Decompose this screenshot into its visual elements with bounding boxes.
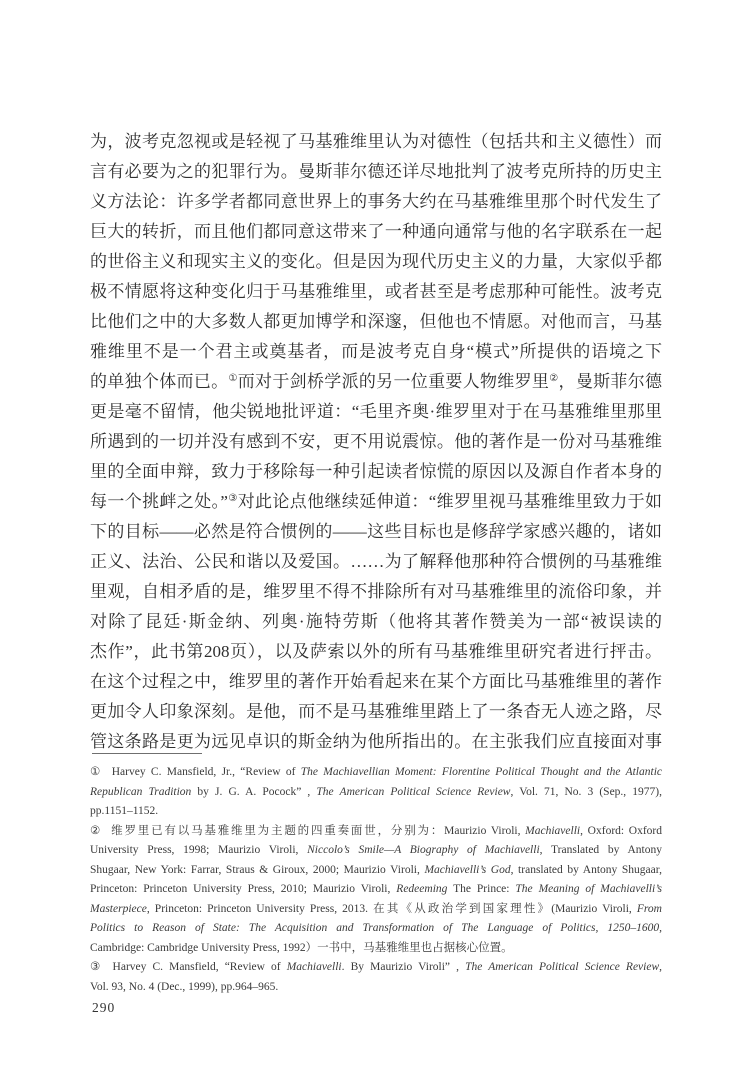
footnote-text: . By Maurizio Viroli” , <box>342 961 465 973</box>
citation-title: Niccolo’s Smile—A Biography of Machiavel… <box>307 844 540 856</box>
footnote-text: , Princeton: Princeton University Press,… <box>147 903 637 915</box>
footnote-text: 维罗里已有以马基雅维里为主题的四重奏面世，分别为：Maurizio Viroli… <box>111 825 525 837</box>
citation-title: The American Political Science Review <box>465 961 659 973</box>
citation-title: Machiavelli <box>525 825 580 837</box>
text-line: 里观，自相矛盾的是，维罗里不得不排除所有对马基雅维里的流俗印象，并 <box>90 577 662 607</box>
text-line: 极不情愿将这种变化归于马基雅维里，或者甚至是考虑那种可能性。波考克 <box>90 277 662 307</box>
footnote-line: Shugaar, New York: Farrar, Straus & Giro… <box>90 861 662 881</box>
footnote-line: Cambridge: Cambridge University Press, 1… <box>90 939 662 959</box>
text-line: 为，波考克忽视或是轻视了马基雅维里认为对德性（包括共和主义德性）而 <box>90 127 662 157</box>
footnote-text: , Translated by Antony <box>540 844 662 856</box>
footnote-text: , translated by Antony Shugaar, <box>511 864 662 876</box>
footnote-text: Vol. 93, No. 4 (Dec., 1999), pp.964–965. <box>90 981 278 993</box>
footnote-text: , Oxford: Oxford <box>580 825 662 837</box>
footnote-marker: ① <box>90 766 103 778</box>
citation-title: Republican Tradition <box>90 786 191 798</box>
citation-title: Machiavelli <box>287 961 342 973</box>
citation-title: The American Political Science Review <box>316 786 510 798</box>
citation-title: Machiavelli’s God <box>424 864 510 876</box>
text-line: 巨大的转折，而且他们都同意这带来了一种通向通常与他的名字联系在一起 <box>90 217 662 247</box>
citation-title: The Meaning of Machiavelli’s <box>515 883 662 895</box>
footnote-line: University Press, 1998; Maurizio Viroli,… <box>90 841 662 861</box>
text-line: 对除了昆廷·斯金纳、列奥·施特劳斯（他将其著作赞美为一部“被误读的 <box>90 607 662 637</box>
text-line: 杰作”，此书第208页），以及萨索以外的所有马基雅维里研究者进行抨击。 <box>90 637 662 667</box>
footnote-ref: ① <box>228 373 237 384</box>
text-line: 的单独个体而已。①而对于剑桥学派的另一位重要人物维罗里②，曼斯菲尔德 <box>90 367 662 397</box>
footnote-line: Princeton: Princeton University Press, 2… <box>90 880 662 900</box>
main-text-block: 为，波考克忽视或是轻视了马基雅维里认为对德性（包括共和主义德性）而言有必要为之的… <box>90 127 662 757</box>
footnote-separator <box>92 753 202 754</box>
footnote-line: ①Harvey C. Mansfield, Jr., “Review of Th… <box>90 763 662 783</box>
text-line: 下的目标——必然是符合惯例的——这些目标也是修辞学家感兴趣的，诸如 <box>90 517 662 547</box>
footnote-line: pp.1151–1152. <box>90 802 662 822</box>
text-line: 言有必要为之的犯罪行为。曼斯菲尔德还详尽地批判了波考克所持的历史主 <box>90 157 662 187</box>
footnote-marker: ② <box>90 825 102 837</box>
footnote-line: Masterpiece, Princeton: Princeton Univer… <box>90 900 662 920</box>
footnote-line: ②维罗里已有以马基雅维里为主题的四重奏面世，分别为：Maurizio Virol… <box>90 822 662 842</box>
footnote-text: Harvey C. Mansfield, Jr., “Review of <box>112 766 301 778</box>
text-line: 雅维里不是一个君主或奠基者，而是波考克自身“模式”所提供的语境之下 <box>90 337 662 367</box>
citation-title: Politics to Reason of State: The Acquisi… <box>90 922 662 934</box>
footnotes-block: ①Harvey C. Mansfield, Jr., “Review of Th… <box>90 763 662 997</box>
footnote-text: Princeton: Princeton University Press, 2… <box>90 883 396 895</box>
footnote-text: , Vol. 71, No. 3 (Sep., 1977), <box>510 786 662 798</box>
text-line: 的世俗主义和现实主义的变化。但是因为现代历史主义的力量，大家似乎都 <box>90 247 662 277</box>
book-page: 为，波考克忽视或是轻视了马基雅维里认为对德性（包括共和主义德性）而言有必要为之的… <box>0 0 750 1087</box>
text-line: 每一个挑衅之处。”③对此论点他继续延伸道：“维罗里视马基雅维里致力于如 <box>90 487 662 517</box>
footnote-line: ③Harvey C. Mansfield, “Review of Machiav… <box>90 958 662 978</box>
footnote-line: Politics to Reason of State: The Acquisi… <box>90 919 662 939</box>
footnote-text: University Press, 1998; Maurizio Viroli, <box>90 844 307 856</box>
text-line: 更加令人印象深刻。是他，而不是马基雅维里踏上了一条杳无人迹之路，尽 <box>90 697 662 727</box>
text-line: 更是毫不留情，他尖锐地批评道：“毛里齐奥·维罗里对于在马基雅维里那里 <box>90 397 662 427</box>
footnote-text: The Prince: <box>447 883 515 895</box>
text-line: 义方法论：许多学者都同意世界上的事务大约在马基雅维里那个时代发生了 <box>90 187 662 217</box>
text-line: 正义、法治、公民和谐以及爱国。……为了解释他那种符合惯例的马基雅维 <box>90 547 662 577</box>
footnote-line: Vol. 93, No. 4 (Dec., 1999), pp.964–965. <box>90 978 662 998</box>
page-number: 290 <box>92 1000 115 1016</box>
footnote-text: Harvey C. Mansfield, “Review of <box>113 961 287 973</box>
footnote-text: , <box>659 961 662 973</box>
footnote-ref: ② <box>549 373 558 384</box>
footnote-text: pp.1151–1152. <box>90 805 158 817</box>
text-line: 所遇到的一切并没有感到不安，更不用说震惊。他的著作是一份对马基雅维 <box>90 427 662 457</box>
citation-title: Redeeming <box>396 883 447 895</box>
footnote-text: by J. G. A. Pocock” , <box>191 786 316 798</box>
footnote-text: Cambridge: Cambridge University Press, 1… <box>90 942 513 954</box>
footnote-line: Republican Tradition by J. G. A. Pocock”… <box>90 783 662 803</box>
footnote-marker: ③ <box>90 961 104 973</box>
citation-title: The Machiavellian Moment: Florentine Pol… <box>301 766 662 778</box>
text-line: 比他们之中的大多数人都更加博学和深邃，但他也不情愿。对他而言，马基 <box>90 307 662 337</box>
footnote-text: Shugaar, New York: Farrar, Straus & Giro… <box>90 864 424 876</box>
citation-title: Masterpiece <box>90 903 147 915</box>
text-line: 在这个过程之中，维罗里的著作开始看起来在某个方面比马基雅维里的著作 <box>90 667 662 697</box>
citation-title: From <box>637 903 662 915</box>
footnote-ref: ③ <box>228 493 238 504</box>
text-line: 里的全面申辩，致力于移除每一种引起读者惊慌的原因以及源自作者本身的 <box>90 457 662 487</box>
